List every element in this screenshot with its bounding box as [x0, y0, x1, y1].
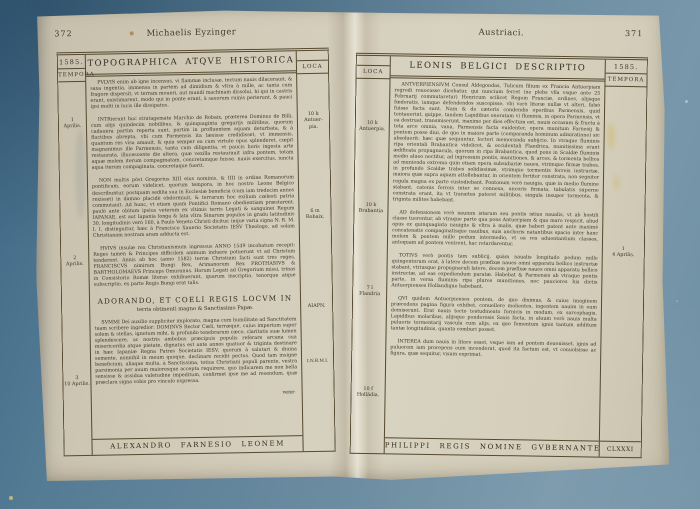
- right-page: 371 Austriaci. LOCA 10 k Antuerpia. 10 k…: [345, 22, 652, 461]
- margin-entry-loca: 10 f Hollãdia.: [352, 386, 385, 399]
- body-paragraph: INTEREA dum nauis in litore esset, vsque…: [390, 340, 596, 361]
- right-loca-label: LOCA: [357, 66, 390, 80]
- right-running-header: Austriaci.: [351, 26, 651, 41]
- left-loca-label: LOCA: [297, 61, 328, 75]
- margin-entry-loca: 10 k Brabantia: [354, 202, 387, 215]
- left-loca-column: LOCA 10 k Antuer- pia. 6 m Robaix. AIAPN…: [296, 51, 335, 451]
- margin-entry-loca: 10 k Antuer- pia.: [298, 111, 329, 131]
- loca-header-spacer: [297, 51, 328, 62]
- body-paragraph: ANTVERPIENSIVM Consul Aldegondas, Tulicu…: [393, 82, 601, 206]
- body-paragraph: INTRierunt huc stratagemate Marchio de R…: [91, 114, 294, 172]
- right-tempora-column: 1585. TEMPORA 1 4 Aprilis. CLXXXI: [599, 60, 647, 458]
- section-heading-line2: terris obtinenti magno & Sanctissimo Pap…: [94, 304, 296, 314]
- catchword: vene-: [96, 390, 298, 400]
- left-tempora-label: TEMPORA: [58, 69, 85, 82]
- dust-speck: [9, 496, 13, 500]
- body-paragraph: NON multis pòst Gregorius XIII eius nomi…: [92, 176, 295, 240]
- margin-entry-loca: AIAPN.: [301, 303, 332, 310]
- margin-entry-loca: 7 l Flandria: [353, 285, 386, 298]
- margin-entry-loca: 10 k Antuerpia.: [356, 120, 389, 133]
- left-year-label: 1585.: [58, 55, 85, 69]
- margin-entry-tempora: 1 Aprilis.: [59, 117, 86, 130]
- right-text-column: LEONIS BELGICI DESCRIPTIO ANTVERPIENSIVM…: [385, 56, 605, 456]
- left-page: 372 Michaelis Eyzinger 1585. TEMPORA 1 A…: [50, 22, 340, 461]
- body-paragraph: PVLVIS enim ab igne incensus, vi flammæ …: [90, 77, 292, 111]
- left-footer-band: ALEXANDRO FARNESIO LEONEM: [92, 435, 302, 455]
- dust-speck: [685, 100, 688, 103]
- right-year-label: 1585.: [606, 60, 647, 75]
- right-page-box: LOCA 10 k Antuerpia. 10 k Brabantia 7 l …: [350, 53, 648, 459]
- body-paragraph: HVIVS insulæ rex Christianismum ingressu…: [93, 243, 296, 289]
- dust-speck: [676, 300, 678, 302]
- margin-entry-tempora: 2 Aprilis.: [61, 255, 88, 268]
- left-body-text: PVLVIS enim ab igne incensus, vi flammæ …: [86, 73, 302, 439]
- margin-entry-loca: I.N.R.M.I.: [302, 359, 333, 365]
- right-tempora-label: TEMPORA: [605, 74, 646, 88]
- body-paragraph: AD defensionem verò nauium istarum seu p…: [392, 210, 599, 249]
- body-paragraph: QVI quidem Antuerpienses pontem, de quo …: [391, 296, 598, 335]
- right-footer-band: PHILIPPI REGIS NOMINE GVBERNANTE: [385, 437, 599, 456]
- folio-mark: CLXXXI: [600, 441, 641, 458]
- loca-header-spacer: [357, 56, 390, 67]
- margin-entry-loca: 6 m Robaix.: [299, 208, 330, 221]
- body-paragraph: TOTIVS verò pontis tam sublicij, quàm na…: [391, 253, 598, 292]
- left-running-header: Michaelis Eyzinger: [50, 26, 332, 41]
- left-text-column: TOPOGRAPHICA ATQVE HISTORICA PVLVIS enim…: [86, 51, 303, 455]
- left-page-box: 1585. TEMPORA 1 Aprilis. 2 Aprilis. 3 10…: [57, 48, 336, 457]
- margin-entry-tempora: 1 4 Aprilis.: [603, 246, 644, 259]
- section-heading: ADORANDO, ET COELI REGIS LOCVM IN terris…: [94, 293, 296, 314]
- photo-backdrop: 372 Michaelis Eyzinger 1585. TEMPORA 1 A…: [0, 0, 700, 509]
- margin-entry-tempora: 3 10 Aprilis.: [63, 375, 90, 388]
- right-body-text: ANTVERPIENSIVM Consul Aldegondas, Tulicu…: [385, 78, 605, 440]
- body-paragraph: SVMMI Dei auxilio suppliciter implorato,…: [94, 317, 297, 387]
